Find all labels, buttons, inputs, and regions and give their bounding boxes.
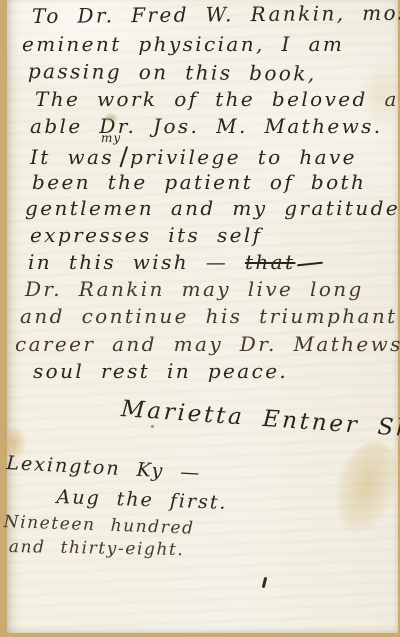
letter-line-13: career and may Dr. Mathews	[15, 332, 400, 356]
letter-line-7: been the patient of both	[32, 170, 366, 194]
letter-line-8: gentlemen and my gratitude	[25, 196, 400, 220]
letter-line-3: passing on this book,	[28, 59, 317, 86]
letter-line-5: able Dr. Jos. M. Mathews.	[30, 114, 383, 138]
line-6-post: privilege to have	[130, 145, 357, 169]
closing-date-year-1: Nineteen hundred	[3, 512, 195, 539]
closing-date-year-2: and thirty-eight.	[9, 537, 185, 560]
letter-line-10: in this wish — that	[28, 250, 323, 274]
letter-line-4: The work of the beloved and	[35, 87, 400, 111]
letter-paper: To Dr. Fred W. Rankin, most eminent phys…	[7, 0, 398, 633]
inserted-word: my	[101, 131, 121, 145]
strike-tail-stroke	[297, 261, 323, 266]
letter-line-9: expresses its self	[30, 223, 262, 247]
letter-line-12: and continue his triumphant	[20, 304, 398, 328]
photograph-of-letter: { "document": { "kind": "handwritten-let…	[0, 0, 400, 637]
line-10-pre: in this wish —	[28, 250, 245, 274]
closing-place: Lexington Ky —	[6, 452, 202, 484]
line-6-pre: It was	[30, 145, 114, 169]
letter-line-14: soul rest in peace.	[33, 359, 288, 383]
age-stain	[324, 433, 400, 541]
closing-date-day: Aug the first.	[56, 486, 228, 514]
signature: Marietta Entner Shannon	[120, 396, 400, 448]
ink-speck	[334, 424, 338, 427]
letter-line-1: To Dr. Fred W. Rankin, most	[32, 1, 400, 28]
stray-ink-mark	[262, 577, 268, 588]
letter-line-2: eminent physician, I am	[22, 32, 344, 56]
ink-speck	[151, 425, 154, 428]
letter-line-6: It wasmyprivilege to have	[30, 142, 357, 169]
struck-word: that	[245, 250, 295, 274]
insertion-caret-stroke	[119, 146, 128, 168]
letter-line-11: Dr. Rankin may live long	[25, 277, 364, 301]
